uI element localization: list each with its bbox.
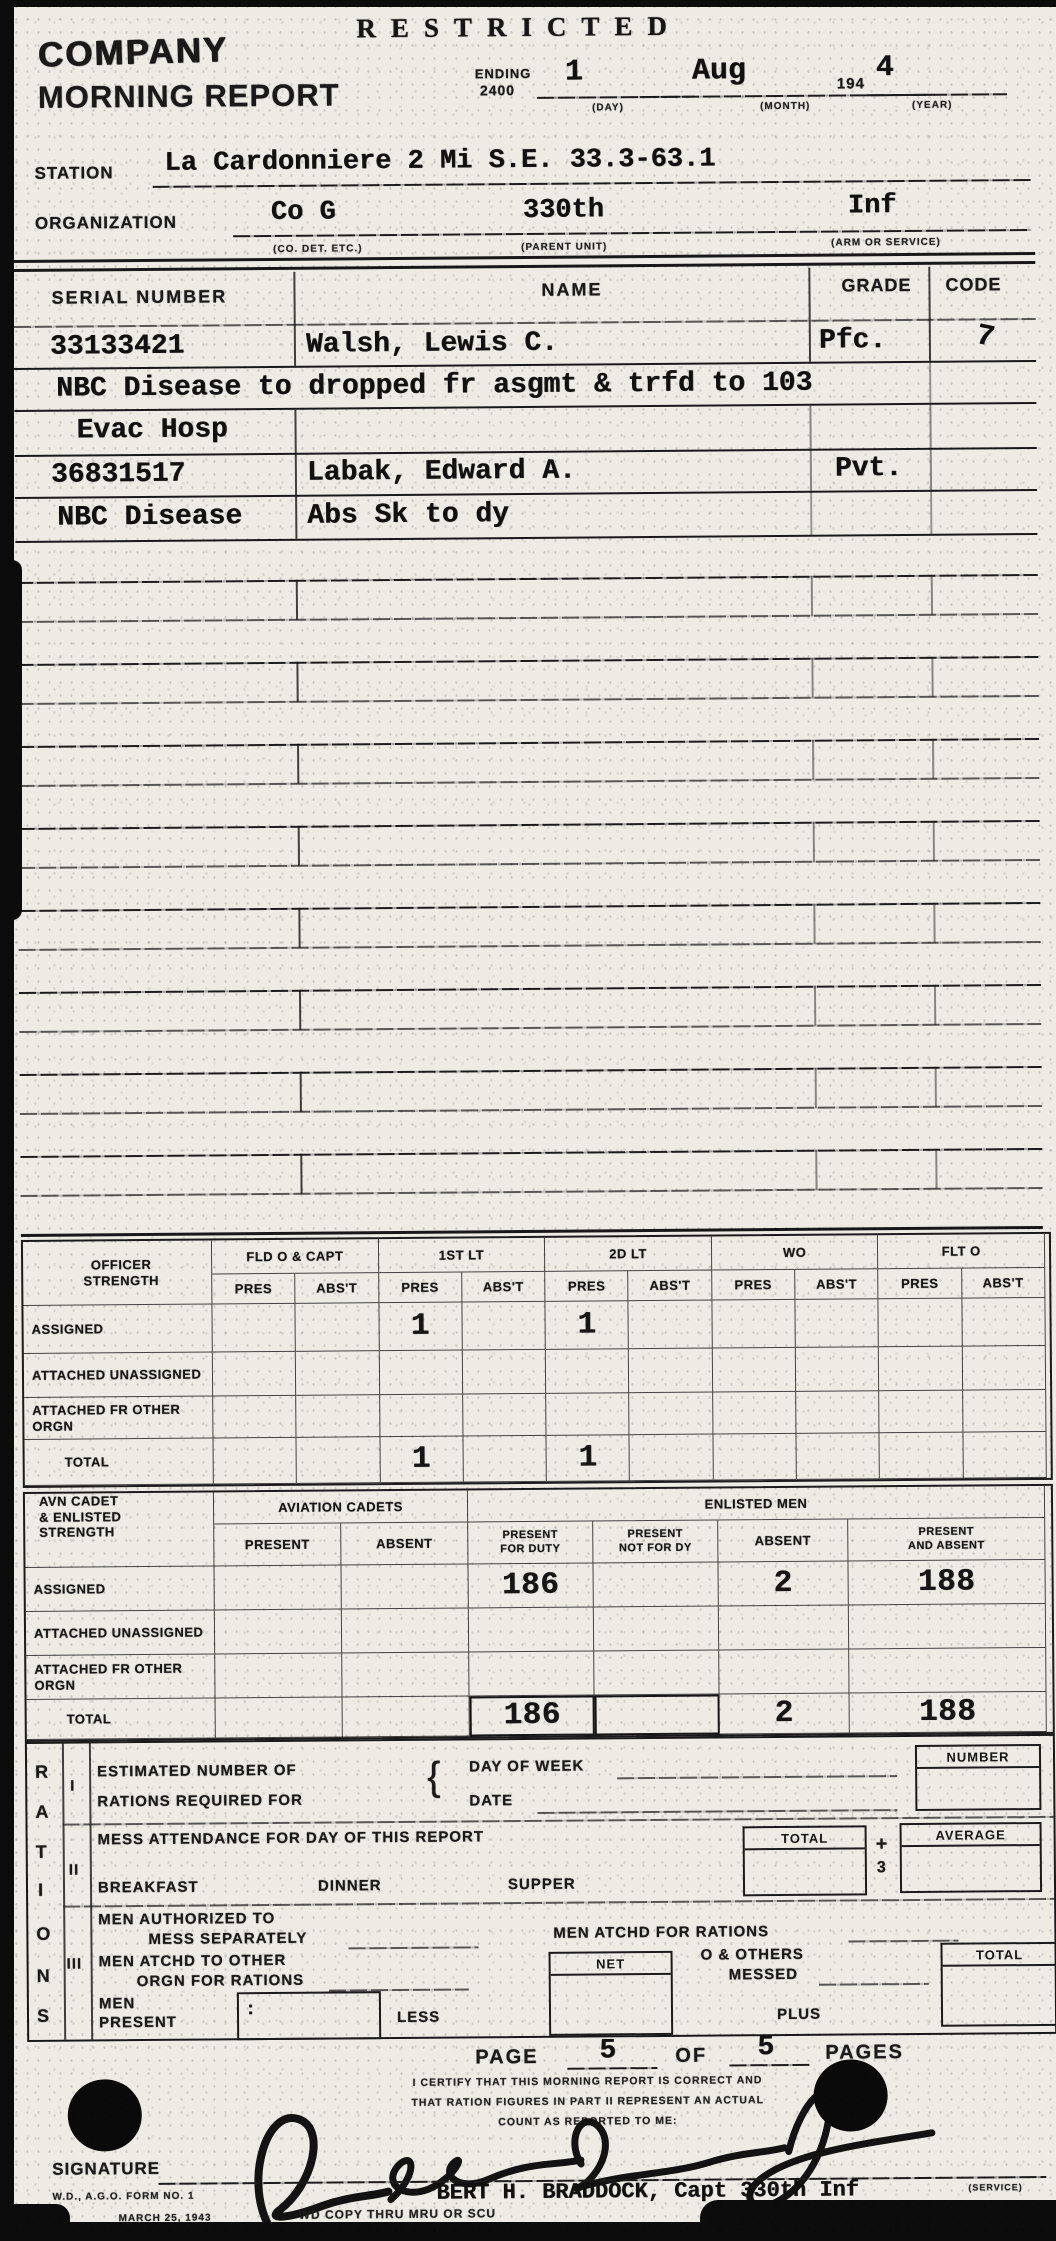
officer-cell (713, 1434, 797, 1481)
supper-label: SUPPER (508, 1876, 576, 1894)
officer-cell (713, 1348, 797, 1393)
rations-numeral-1: I (70, 1778, 75, 1795)
officer-cell (546, 1349, 630, 1394)
rations-letter: S (37, 2006, 50, 2027)
enlisted-col-header: ABSENT (341, 1522, 468, 1565)
officer-strength-title: OFFICERSTRENGTH (23, 1240, 212, 1305)
enlisted-col-header: PRESENTNOT FOR DY (593, 1521, 718, 1564)
rations-letter: N (37, 1966, 51, 1987)
enlisted-cell (215, 1609, 342, 1654)
entry-remark: Evac Hosp (76, 414, 227, 446)
officer-cell (880, 1391, 964, 1434)
row-divider (809, 406, 811, 449)
officer-sub-header: ABS'T (295, 1273, 379, 1304)
enlisted-cell: 2 (720, 1693, 850, 1734)
officer-group-header: WO (712, 1235, 879, 1270)
row-divider (929, 363, 931, 403)
number-box: NUMBER (915, 1744, 1042, 1811)
officer-cell: 1 (546, 1301, 630, 1350)
officer-cell (962, 1346, 1046, 1391)
officer-cell (296, 1303, 380, 1352)
classification-banner: RESTRICTED (356, 11, 682, 45)
average-box: AVERAGE (900, 1822, 1043, 1893)
average-box-label: AVERAGE (902, 1824, 1040, 1847)
rations1-line2: RATIONS REQUIRED FOR (97, 1792, 303, 1811)
row-divider (810, 491, 812, 535)
dinner-label: DINNER (318, 1877, 382, 1894)
enlisted-cell: 186 (468, 1563, 593, 1608)
officer-cell: 1 (380, 1437, 464, 1484)
officer-cell (629, 1301, 713, 1350)
officer-cell: 1 (547, 1435, 631, 1482)
row-divider (809, 320, 811, 362)
scan-edge-bottom-right-blob (700, 2200, 1056, 2241)
officer-strength-table: OFFICERSTRENGTH FLD O & CAPT 1ST LT 2D L… (21, 1232, 1053, 1488)
officer-sub-header: PRES (545, 1271, 629, 1302)
officer-group-header: FLT O (878, 1234, 1045, 1269)
enlisted-cell (215, 1653, 342, 1698)
number-box-label: NUMBER (917, 1746, 1039, 1769)
officer-cell (963, 1390, 1047, 1433)
form-id: W.D., A.G.O. FORM NO. 1 (52, 2191, 194, 2203)
officer-row-label: ASSIGNED (23, 1304, 212, 1353)
enlisted-col-header: ABSENT (718, 1519, 848, 1562)
officer-cell: 1 (379, 1303, 463, 1352)
form-title-line2: MORNING REPORT (38, 77, 340, 115)
station-label: STATION (34, 163, 113, 184)
net-box: NET (549, 1951, 674, 2036)
officer-cell (713, 1392, 797, 1435)
officer-sub-header: PRES (712, 1270, 796, 1301)
orgn-for-rations-label: ORGN FOR RATIONS (137, 1972, 305, 1990)
page-number: 5 (599, 2035, 616, 2066)
blank-entry-block (20, 1148, 1043, 1236)
mess-separately-blank (348, 1946, 478, 1949)
rations-total-box-label: TOTAL (942, 1944, 1056, 1967)
aviation-cadets-header: AVIATION CADETS (214, 1490, 468, 1524)
scan-edge-bottom-left-blob (0, 2204, 70, 2241)
officer-cell (213, 1352, 297, 1397)
officer-cell (629, 1349, 713, 1394)
enlisted-row-label: ATTACHED FR OTHER ORGN (26, 1654, 215, 1699)
rations-letter: O (36, 1924, 51, 1945)
divide-by: 3 (877, 1859, 887, 1877)
entry-remark: NBC Disease (57, 501, 242, 533)
rations-brace: { (427, 1755, 442, 1800)
officer-sub-header: ABS'T (962, 1268, 1046, 1299)
blank-entry-block (20, 1066, 1043, 1156)
officer-cell (462, 1302, 546, 1351)
year-caption: (YEAR) (912, 100, 953, 111)
rations-section: R A T I O N S I ESTIMATED NUMBER OF RATI… (25, 1734, 1056, 2042)
officer-sub-header: PRES (879, 1269, 963, 1300)
enlisted-row-label: ATTACHED UNASSIGNED (26, 1610, 215, 1655)
officer-cell (546, 1393, 630, 1436)
blank-entry-block (17, 738, 1040, 828)
month-caption: (MONTH) (760, 101, 810, 112)
officer-cell (463, 1350, 547, 1395)
men-atchd-rations-label: MEN ATCHD FOR RATIONS (553, 1923, 769, 1942)
enlisted-cell (469, 1607, 594, 1652)
officer-row-label: ATTACHED FR OTHER ORGN (24, 1396, 213, 1439)
organization-label: ORGANIZATION (35, 213, 177, 234)
mess-total-box-label: TOTAL (745, 1827, 865, 1850)
officer-cell (213, 1396, 297, 1439)
rations1-line1: ESTIMATED NUMBER OF (97, 1762, 297, 1781)
officer-sub-header: ABS'T (795, 1269, 879, 1300)
blank-entry-block (19, 984, 1042, 1074)
enlisted-cell (594, 1651, 719, 1696)
enlisted-cell (595, 1695, 720, 1736)
officer-sub-header: PRES (379, 1273, 463, 1304)
serial-number-header: SERIAL NUMBER (51, 286, 227, 308)
scan-edge-left (0, 0, 14, 2241)
organization-parent-caption: (PARENT UNIT) (521, 241, 607, 253)
messed-blank (819, 1983, 929, 1985)
report-month-value: Aug (692, 54, 746, 88)
enlisted-row-label: TOTAL (27, 1698, 216, 1739)
enlisted-cell: 2 (718, 1561, 848, 1606)
officer-cell (297, 1437, 381, 1484)
entry-code: 7 (973, 319, 997, 356)
year-prefix: 194 (837, 75, 865, 92)
rations-letter: A (35, 1802, 49, 1823)
blank-entry-block (16, 574, 1039, 664)
entry-grade: Pvt. (835, 453, 902, 485)
officer-cell (879, 1299, 963, 1348)
enlisted-cell (342, 1608, 469, 1653)
officer-cell (379, 1351, 463, 1396)
routing-note: WD COPY THRU MRU OR SCU (299, 2206, 497, 2222)
enlisted-col-header: PRESENTAND ABSENT (848, 1518, 1045, 1562)
entry-serial: 33133421 (50, 331, 185, 363)
day-of-week-blank (617, 1775, 897, 1779)
rations-total-box: TOTAL (940, 1942, 1056, 2027)
enlisted-strength-table: AVN CADET& ENLISTEDSTRENGTH AVIATION CAD… (23, 1484, 1055, 1742)
officer-cell (796, 1391, 880, 1434)
row-divider (295, 495, 297, 539)
enlisted-strength-title: AVN CADET& ENLISTEDSTRENGTH (25, 1492, 215, 1567)
enlisted-col-header: PRESENTFOR DUTY (468, 1522, 593, 1565)
rations-numeral-3: III (67, 1956, 83, 1973)
grade-header: GRADE (841, 275, 911, 297)
officer-sub-header: PRES (212, 1274, 296, 1305)
officer-row-label: ATTACHED UNASSIGNED (24, 1352, 213, 1397)
plus-label: PLUS (777, 2006, 821, 2023)
day-caption: (DAY) (592, 102, 624, 113)
page-content: RESTRICTED COMPANY MORNING REPORT ENDING… (0, 0, 1056, 2241)
date-label: DATE (469, 1792, 513, 1809)
organization-unit-caption: (CO. DET. ETC.) (273, 243, 363, 255)
enlisted-cell: 186 (470, 1695, 595, 1736)
row-divider (930, 490, 932, 534)
men-present-label: MENPRESENT (99, 1995, 177, 2033)
enlisted-cell (214, 1565, 341, 1610)
row-divider (294, 324, 296, 366)
entry-remark: Abs Sk to dy (307, 499, 509, 532)
enlisted-cell (469, 1651, 594, 1696)
organization-unit: Co G (271, 197, 336, 228)
officer-cell (796, 1347, 880, 1392)
form-title-line1: COMPANY (37, 30, 228, 75)
less-label: LESS (397, 2009, 440, 2026)
men-present-box: : (237, 1991, 381, 2040)
officer-cell (463, 1436, 547, 1483)
rations-letter: R (35, 1762, 49, 1783)
enlisted-cell (341, 1564, 468, 1609)
organization-parent-unit: 330th (523, 195, 604, 226)
divide-sign: + (876, 1833, 889, 1856)
officer-cell (463, 1394, 547, 1437)
officer-cell (212, 1304, 296, 1353)
men-atchd-other-label: MEN ATCHD TO OTHER (99, 1952, 287, 1970)
rations-letter: T (36, 1842, 48, 1863)
enlisted-cell (719, 1605, 849, 1650)
officer-group-header: 1ST LT (379, 1238, 546, 1273)
entry-name: Walsh, Lewis C. (306, 328, 558, 361)
blank-entry-block (16, 656, 1039, 746)
row-divider (295, 453, 297, 495)
enlisted-men-header: ENLISTED MEN (468, 1486, 1045, 1523)
men-atchd-rations-blank (848, 1940, 958, 1942)
punch-hole-left (68, 2079, 143, 2152)
name-header: NAME (541, 279, 602, 300)
enlisted-cell: 188 (850, 1692, 1047, 1734)
roster-row-5: NBC Disease Abs Sk to dy (15, 489, 1037, 543)
station-underline (153, 179, 1031, 188)
officer-cell (879, 1347, 963, 1392)
enlisted-cell (849, 1648, 1046, 1694)
report-day-value: 1 (565, 56, 583, 90)
rations-letter-col-divider (62, 1744, 66, 2040)
enlisted-cell (849, 1604, 1046, 1650)
day-of-week-label: DAY OF WEEK (469, 1758, 584, 1776)
roster-header-divider-1 (293, 272, 295, 324)
officer-sub-header: ABS'T (629, 1271, 713, 1302)
code-header: CODE (945, 274, 1001, 295)
enlisted-cell: 188 (848, 1560, 1045, 1606)
service-caption: (SERVICE) (968, 2182, 1022, 2192)
enlisted-row-label: ASSIGNED (25, 1566, 214, 1611)
enlisted-cell (343, 1696, 470, 1737)
rations-numeral-col-divider (89, 1743, 93, 2039)
officer-cell (630, 1393, 714, 1436)
pages-total: 5 (757, 2032, 774, 2063)
entry-remark: NBC Disease to dropped fr asgmt & trfd t… (56, 368, 812, 405)
blank-entry-block (18, 820, 1041, 910)
officer-row-label: TOTAL (24, 1438, 213, 1485)
breakfast-label: BREAKFAST (98, 1879, 199, 1897)
roster-header-divider-2 (808, 268, 810, 320)
blank-entry-block (18, 902, 1041, 992)
year-underline (867, 93, 1007, 96)
station-value: La Cardonniere 2 Mi S.E. 33.3-63.1 (164, 144, 715, 178)
entry-grade: Pfc. (819, 325, 886, 357)
enlisted-cell (216, 1697, 343, 1738)
officer-cell (296, 1351, 380, 1396)
entry-serial: 36831517 (51, 459, 186, 491)
o-and-others-label: O & OTHERS (700, 1946, 803, 1964)
punch-hole-right (813, 2059, 888, 2132)
ending-label: ENDING (475, 66, 532, 81)
men-authorized-label: MEN AUTHORIZED TO (98, 1910, 275, 1928)
officer-cell (962, 1298, 1046, 1347)
page-label: PAGE (475, 2046, 538, 2069)
organization-arm: Inf (848, 191, 897, 221)
entry-name: Labak, Edward A. (307, 456, 576, 489)
row-divider (929, 319, 931, 361)
enlisted-col-header: PRESENT (214, 1523, 341, 1566)
report-year-digit: 4 (876, 51, 894, 85)
enlisted-cell (594, 1607, 719, 1652)
morning-report-scan: RESTRICTED COMPANY MORNING REPORT ENDING… (0, 0, 1056, 2241)
enlisted-cell (342, 1652, 469, 1697)
organization-arm-caption: (ARM OR SERVICE) (831, 237, 941, 249)
officer-sub-header: ABS'T (462, 1272, 546, 1303)
enlisted-cell (719, 1649, 849, 1694)
officer-group-header: 2D LT (545, 1237, 712, 1272)
roster-header-divider-3 (928, 267, 930, 319)
rations-numeral-2: II (69, 1862, 79, 1879)
officer-cell (213, 1438, 297, 1485)
officer-cell (795, 1299, 879, 1348)
mess-total-box: TOTAL (743, 1825, 868, 1896)
officer-group-header: FLD O & CAPT (212, 1239, 379, 1274)
officer-cell (880, 1433, 964, 1480)
scan-edge-left-blob (0, 560, 22, 920)
officer-cell (296, 1395, 380, 1438)
row-divider (930, 448, 932, 490)
row-divider (294, 410, 296, 453)
date-blank (537, 1809, 897, 1813)
officer-cell (630, 1435, 714, 1482)
signature-label: SIGNATURE (52, 2159, 160, 2180)
roster-top-rule2 (13, 261, 1035, 272)
officer-cell (963, 1432, 1047, 1479)
net-box-label: NET (551, 1953, 671, 1976)
row-divider (810, 449, 812, 491)
officer-cell (380, 1395, 464, 1438)
messed-label: MESSED (729, 1966, 798, 1984)
rations-divider-2 (63, 1898, 1054, 1907)
ending-time: 2400 (480, 82, 515, 98)
enlisted-cell (593, 1563, 718, 1608)
scan-edge-top (0, 0, 1056, 7)
rations-letter: I (38, 1880, 44, 1901)
officer-cell (797, 1433, 881, 1480)
mess-attendance-title: MESS ATTENDANCE FOR DAY OF THIS REPORT (98, 1828, 484, 1848)
officer-cell (712, 1300, 796, 1349)
mess-separately-label: MESS SEPARATELY (148, 1930, 307, 1948)
men-present-mark: : (245, 2000, 256, 2020)
row-divider (929, 405, 931, 448)
